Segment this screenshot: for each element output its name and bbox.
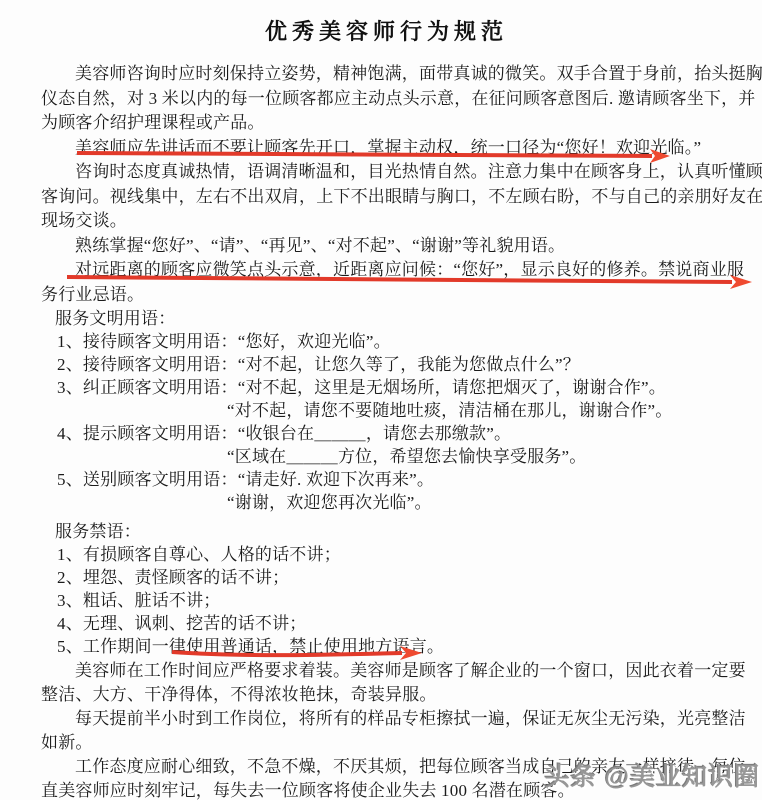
text-line: 咨询时态度真诚热情，语调清晰温和，目光热情自然。注意力集中在顾客身上，认真听懂顾: [41, 160, 732, 185]
list-item: 3、纠正顾客文明用语：“对不起，这里是无烟场所，请您把烟灭了，谢谢合作”。: [41, 376, 732, 399]
text-line: 每天提前半小时到工作岗位，将所有的样品专柜擦拭一遍，保证无灰尘无污染，光亮整洁: [41, 707, 732, 731]
text-line-underlined: 美容师应先讲话而不要让顾客先开口，掌握主动权，统一口径为“您好！欢迎光临。”: [41, 136, 732, 161]
document-body: 优秀美容师行为规范 美容师咨询时应时刻保持立姿势，精神饱满，面带真诚的微笑。双手…: [0, 0, 762, 800]
page-title: 优秀美容师行为规范: [41, 17, 732, 47]
text-line: 客询问。视线集中，左右不出双肩，上下不出眼睛与胸口，不左顾右盼，不与自己的亲朋好…: [41, 185, 732, 210]
list-item: 5、送别顾客文明用语：“请走好. 欢迎下次再来”。: [41, 468, 732, 491]
document-page: 优秀美容师行为规范 美容师咨询时应时刻保持立姿势，精神饱满，面带真诚的微笑。双手…: [0, 0, 762, 800]
text-line: 整洁、大方、干净得体，不得浓妆艳抹，奇装异服。: [41, 683, 732, 707]
list-item-underlined: 5、工作期间一律使用普通话，禁止使用地方语言。: [41, 635, 732, 658]
text-line: 熟练掌握“您好”、“请”、“再见”、“对不起”、“谢谢”等礼貌用语。: [41, 234, 732, 259]
polite-phrases-section: 服务文明用语： 1、接待顾客文明用语：“您好，欢迎光临”。 2、接待顾客文明用语…: [41, 307, 732, 658]
intro-section: 美容师咨询时应时刻保持立姿势，精神饱满，面带真诚的微笑。双手合置于身前，抬头挺胸…: [41, 62, 732, 307]
section-label: 服务禁语：: [41, 520, 732, 543]
text-line: 现场交谈。: [41, 209, 732, 234]
text-line: 如新。: [41, 731, 732, 755]
list-item-continuation: “谢谢，欢迎您再次光临”。: [41, 491, 732, 514]
text-line: 务行业忌语。: [41, 283, 732, 308]
list-item: 4、提示顾客文明用语：“收银台在＿＿＿，请您去那缴款”。: [41, 422, 732, 445]
text-line: 美容师咨询时应时刻保持立姿势，精神饱满，面带真诚的微笑。双手合置于身前，抬头挺胸…: [41, 62, 732, 87]
list-item-continuation: “区域在＿＿＿方位，希望您去愉快享受服务”。: [41, 445, 732, 468]
list-item: 2、接待顾客文明用语：“对不起，让您久等了，我能为您做点什么”？: [41, 353, 732, 376]
list-item: 2、埋怨、责怪顾客的话不讲；: [41, 566, 732, 589]
text-line-underlined: 对远距离的顾客应微笑点头示意，近距离应问候：“您好”，显示良好的修养。禁说商业服: [41, 258, 732, 283]
list-item-continuation: “对不起，请您不要随地吐痰，清洁桶在那儿，谢谢合作”。: [41, 399, 732, 422]
text-line: 为顾客介绍护理课程或产品。: [41, 111, 732, 136]
list-item: 1、接待顾客文明用语：“您好，欢迎光临”。: [41, 330, 732, 353]
list-item: 4、无理、讽刺、挖苦的话不讲；: [41, 612, 732, 635]
toutiao-watermark: 头条 @美业知识圈: [545, 757, 760, 793]
section-label: 服务文明用语：: [41, 307, 732, 330]
text-line: 美容师在工作时间应严格要求着装。美容师是顾客了解企业的一个窗口，因此衣着一定要: [41, 659, 732, 683]
text-line: 仪态自然，对 3 米以内的每一位顾客都应主动点头示意，在征问顾客意图后. 邀请顾…: [41, 87, 732, 112]
list-item: 3、粗话、脏话不讲；: [41, 589, 732, 612]
list-item: 1、有损顾客自尊心、人格的话不讲；: [41, 543, 732, 566]
